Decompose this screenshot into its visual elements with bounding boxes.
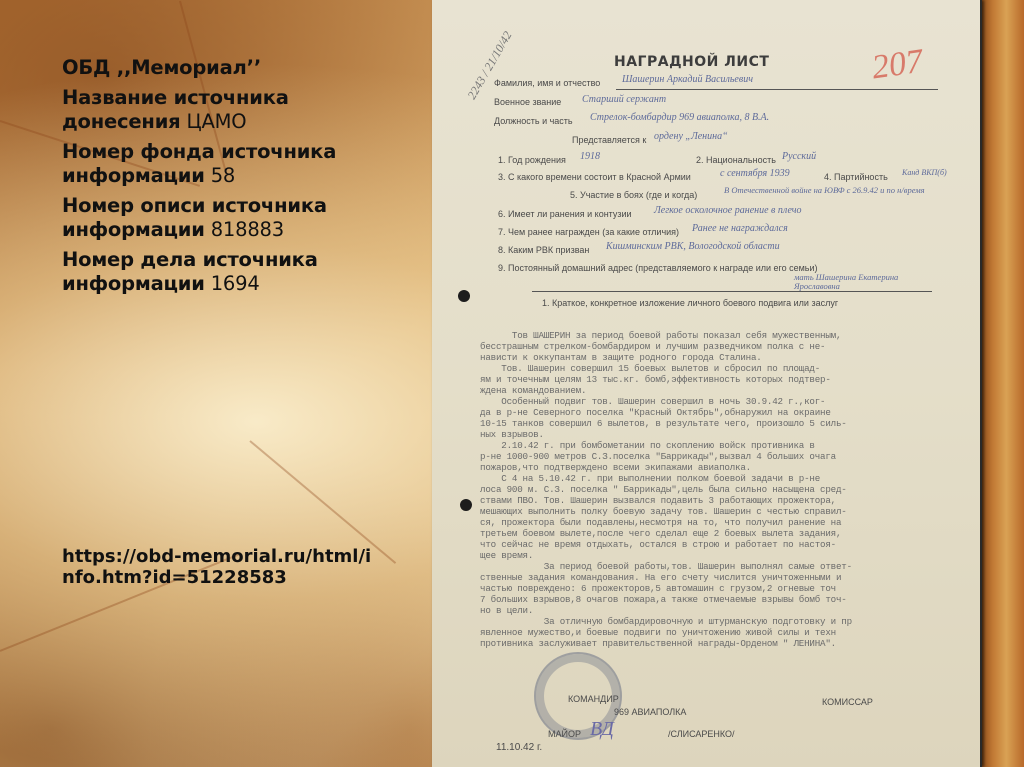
- punch-hole: [458, 290, 470, 302]
- info-field: Название источника донесения ЦАМО: [62, 86, 392, 134]
- info-field: Номер описи источника информации 818883: [62, 194, 392, 242]
- field-label: 6. Имеет ли ранения и контузии: [498, 209, 632, 219]
- section-heading: 1. Краткое, конкретное изложение личного…: [542, 298, 838, 308]
- background-edge: [980, 0, 1024, 767]
- red-number: 207: [870, 43, 926, 88]
- field-value: мать Шашерина Екатерина Ярославовна: [794, 273, 934, 291]
- field-label: 9. Постоянный домашний адрес (представля…: [498, 263, 818, 273]
- field-value: Канд ВКП(б): [902, 168, 947, 177]
- info-field: Номер фонда источника информации 58: [62, 140, 392, 188]
- document-title: НАГРАДНОЙ ЛИСТ: [614, 54, 769, 70]
- commissar-name: /СЛИСАРЕНКО/: [668, 729, 735, 739]
- citation-text: Тов ШАШЕРИН за период боевой работы пока…: [480, 330, 852, 649]
- field-value: Ранее не награждался: [692, 223, 788, 234]
- field-value: Старший сержант: [582, 94, 666, 105]
- corner-note: 2243 / 21/10/42: [465, 29, 516, 102]
- commander-label: КОМАНДИР: [568, 694, 619, 704]
- field-label: Должность и часть: [494, 116, 573, 126]
- record-info-panel: ОБД ,,Мемориал’’ Название источника доне…: [62, 56, 392, 302]
- field-label: Фамилия, имя и отчество: [494, 78, 600, 88]
- unit-label: 969 АВИАПОЛКА: [614, 707, 686, 717]
- field-value: Легкое осколочное ранение в плечо: [654, 205, 802, 216]
- field-value: с сентября 1939: [720, 168, 790, 179]
- field-value: В Отечественной войне на ЮВФ с 26.9.42 и…: [724, 186, 954, 195]
- source-heading: ОБД ,,Мемориал’’: [62, 56, 392, 80]
- punch-hole: [460, 499, 472, 511]
- field-value: ордену „Ленина“: [654, 131, 728, 142]
- field-label: 7. Чем ранее награжден (за какие отличия…: [498, 227, 679, 237]
- field-value: Шашерин Аркадий Васильевич: [622, 74, 753, 85]
- field-value: Кишминским РВК, Вологодской области: [606, 241, 780, 252]
- source-url-link[interactable]: https://obd-memorial.ru/html/info.htm?id…: [62, 546, 382, 588]
- commander-rank: МАЙОР: [548, 729, 581, 739]
- field-value: Стрелок-бомбардир 969 авиаполка, 8 В.А.: [590, 112, 769, 123]
- field-label: 1. Год рождения: [498, 155, 566, 165]
- section-divider: [532, 291, 932, 292]
- award-sheet-document: 2243 / 21/10/42 НАГРАДНОЙ ЛИСТ 207 Фамил…: [432, 0, 982, 767]
- field-label: 2. Национальность: [696, 155, 776, 165]
- field-value: Русский: [782, 151, 816, 162]
- field-label: 5. Участие в боях (где и когда): [570, 190, 697, 200]
- underline: [616, 89, 938, 90]
- field-label: Военное звание: [494, 97, 561, 107]
- field-label: 3. С какого времени состоит в Красной Ар…: [498, 172, 691, 182]
- field-label: Представляется к: [572, 135, 646, 145]
- document-date: 11.10.42 г.: [496, 742, 542, 753]
- info-field: Номер дела источника информации 1694: [62, 248, 392, 296]
- field-label: 8. Каким РВК призван: [498, 245, 589, 255]
- field-value: 1918: [580, 151, 600, 162]
- signature: ВД: [590, 718, 614, 741]
- commissar-label: КОМИССАР: [822, 697, 873, 707]
- field-label: 4. Партийность: [824, 172, 888, 182]
